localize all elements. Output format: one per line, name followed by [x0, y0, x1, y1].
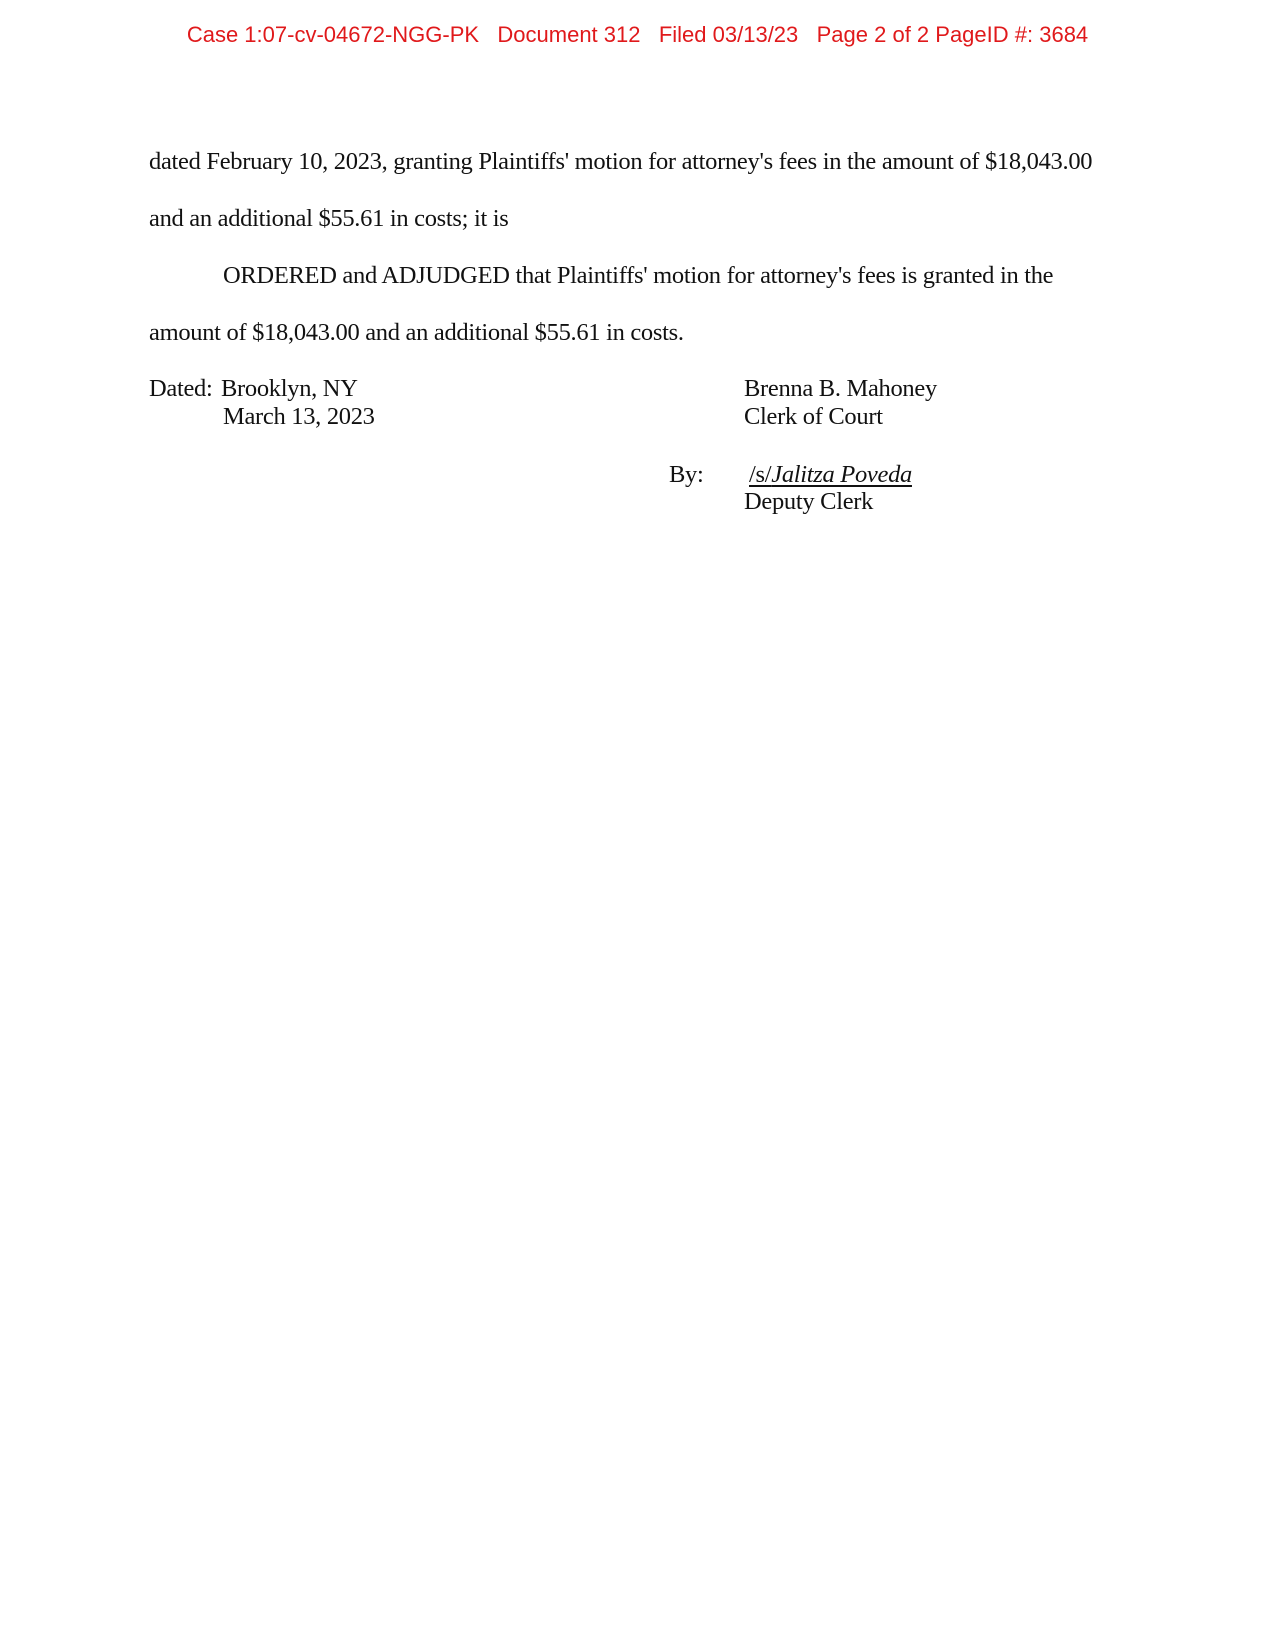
dated-place: Brooklyn, NY: [221, 375, 358, 403]
order-paragraph-line-2: amount of $18,043.00 and an additional $…: [149, 319, 684, 347]
signature-name: Jalitza Poveda: [771, 461, 912, 488]
signature: /s/Jalitza Poveda: [749, 461, 912, 489]
body-line-1: dated February 10, 2023, granting Plaint…: [149, 148, 1092, 176]
page-info: Page 2 of 2 PageID #: 3684: [817, 22, 1089, 47]
clerk-name: Brenna B. Mahoney: [744, 375, 937, 403]
ecf-header: Case 1:07-cv-04672-NGG-PK Document 312 F…: [0, 22, 1275, 48]
body-line-2: and an additional $55.61 in costs; it is: [149, 205, 509, 233]
signature-prefix: /s/: [749, 461, 771, 488]
signer-title: Deputy Clerk: [744, 488, 873, 516]
by-label: By:: [669, 461, 704, 489]
dated-label: Dated:: [149, 375, 213, 403]
clerk-title: Clerk of Court: [744, 403, 883, 431]
case-number: Case 1:07-cv-04672-NGG-PK: [187, 22, 479, 47]
dated-date: March 13, 2023: [223, 403, 375, 431]
order-paragraph-line-1: ORDERED and ADJUDGED that Plaintiffs' mo…: [223, 262, 1053, 290]
filed-date: Filed 03/13/23: [659, 22, 798, 47]
document-number: Document 312: [497, 22, 640, 47]
